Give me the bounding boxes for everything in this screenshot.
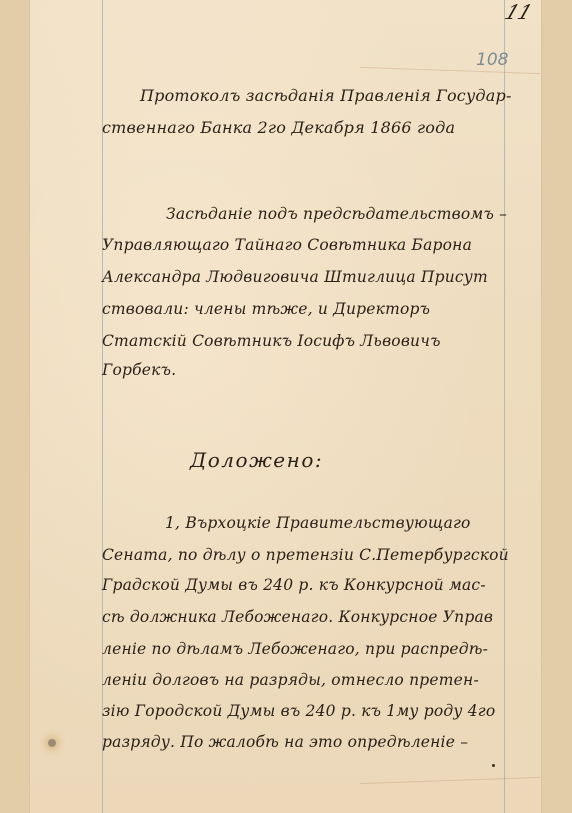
attendance-line: ствовали: члены тѣже, и Директоръ	[102, 300, 430, 318]
page-number: 108	[476, 50, 508, 70]
folio-mark: 11	[502, 0, 536, 24]
attendance-line: Статскій Совѣтникъ Іосифъ Львовичъ	[102, 332, 441, 350]
paper-fold-line	[360, 777, 540, 784]
stain-spot	[48, 739, 56, 747]
paper-fold-line	[360, 67, 540, 74]
title-line: ственнаго Банка 2го Декабря 1866 года	[102, 118, 455, 137]
item-line: леніе по дѣламъ Лебоженаго, при распредѣ…	[102, 640, 488, 658]
attendance-line: Управляющаго Тайнаго Совѣтника Барона	[102, 236, 472, 254]
item-line: Сената, по дѣлу о претензіи С.Петербургс…	[102, 546, 509, 564]
item-line: 1, Върхоцкіе Правительствующаго	[165, 514, 471, 532]
attendance-line: Засѣданіе подъ предсѣдательствомъ –	[166, 205, 507, 223]
section-heading: Доложено:	[190, 448, 323, 472]
right-margin-rule	[504, 0, 505, 813]
item-line: зію Городской Думы въ 240 р. къ 1му роду…	[102, 702, 495, 720]
item-line: разряду. По жалобѣ на это опредѣленіе –	[102, 733, 468, 751]
attendance-line: Александра Людвиговича Штиглица Присут	[102, 268, 488, 286]
manuscript-page: 11 108 Протоколъ засѣданія Правленія Гос…	[30, 0, 541, 813]
attendance-line: Горбекъ.	[102, 361, 176, 379]
item-line: сѣ должника Лебоженаго. Конкурсное Управ	[102, 608, 493, 626]
item-line: Градской Думы въ 240 р. къ Конкурсной ма…	[102, 576, 486, 594]
item-line: леніи долговъ на разряды, отнесло претен…	[102, 671, 479, 689]
title-line: Протоколъ засѣданія Правленія Государ-	[140, 86, 512, 105]
ink-dot	[492, 764, 495, 767]
